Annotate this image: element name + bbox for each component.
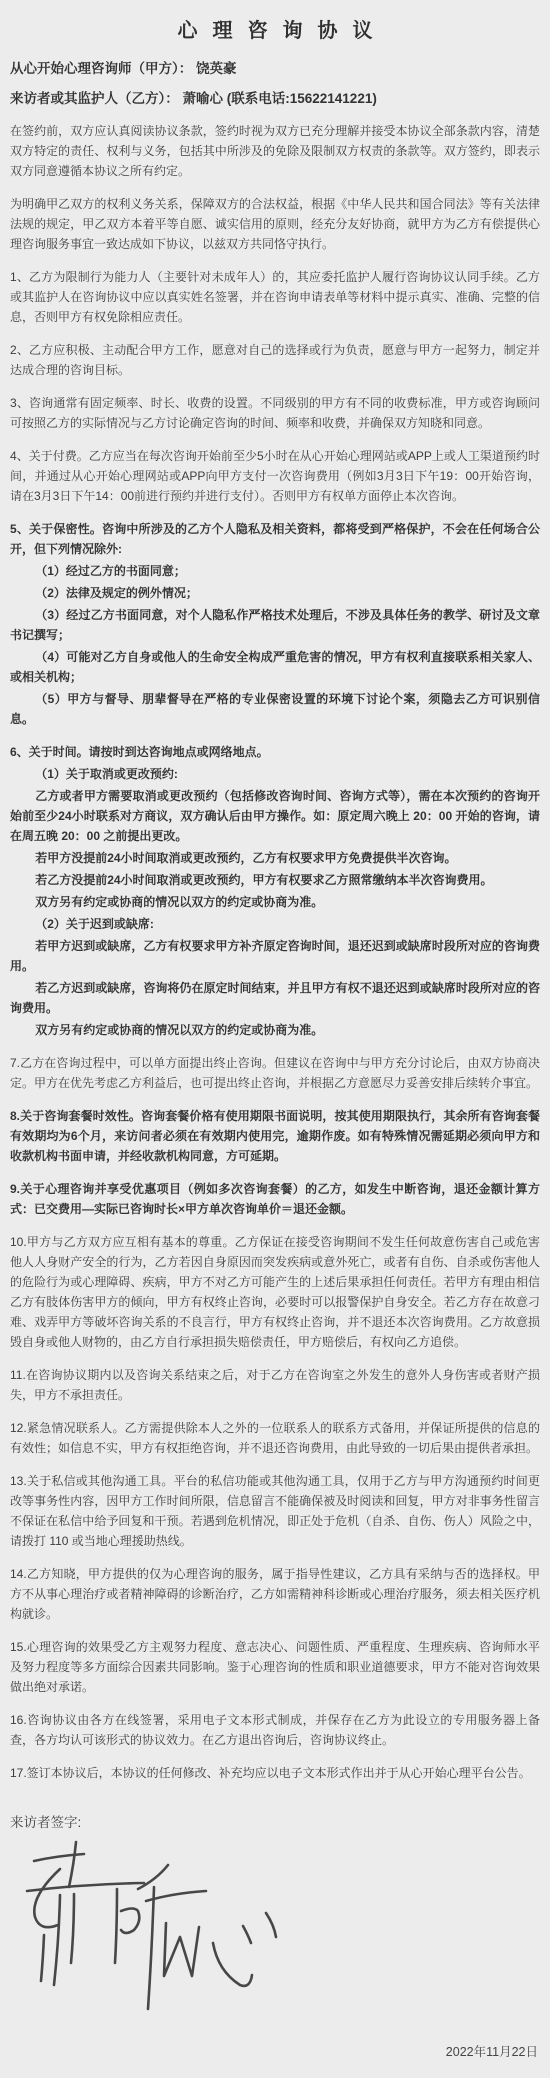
clause-paragraph: 13.关于私信或其他沟通工具。平台的私信功能或其他沟通工具，仅用于乙方与甲方沟通… — [10, 1471, 540, 1551]
clause-paragraph: 10.甲方与乙方双方应互相有基本的尊重。乙方保证在接受咨询期间不发生任何故意伤害… — [10, 1232, 540, 1352]
clause-paragraph: （3）经过乙方书面同意，对个人隐私作严格技术处理后，不涉及具体任务的教学、研讨及… — [10, 605, 540, 645]
signature-stroke — [164, 1923, 199, 1976]
signature-stroke — [69, 1842, 76, 1887]
signature-stroke — [71, 1894, 74, 1963]
party-a-line: 从心开始心理咨询师（甲方）： 饶英豪 — [10, 59, 540, 78]
clause-paragraph: 8.关于咨询套餐时效性。咨询套餐价格有使用期限书面说明，按其使用期限执行，其余所… — [10, 1106, 540, 1166]
clause-paragraph: 12.紧急情况联系人。乙方需提供除本人之外的一位联系人的联系方式备用，并保证所提… — [10, 1418, 540, 1458]
agreement-date: 2022年11月22日 — [10, 2043, 540, 2061]
clause-paragraph: 3、咨询通常有固定频率、时长、收费的设置。不同级别的甲方有不同的收费标准，甲方或… — [10, 393, 540, 433]
clause-paragraph: 9.关于心理咨询并享受优惠项目（例如多次咨询套餐）的乙方，如发生中断咨询，退还金… — [10, 1179, 540, 1219]
clause-paragraph: 4、关于付费。乙方应当在每次咨询开始前至少5小时在从心开始心理网站或APP上或人… — [10, 446, 540, 506]
agreement-document: 心理咨询协议 从心开始心理咨询师（甲方）： 饶英豪 来访者或其监护人（乙方）： … — [0, 0, 550, 2061]
clause-paragraph: 双方另有约定或协商的情况以双方的约定或协商为准。 — [10, 892, 540, 912]
clause-paragraph: 若乙方迟到或缺席，咨询将仍在原定时间结束，并且甲方有权不退还迟到或缺席时段所对应… — [10, 978, 540, 1018]
signature-stroke — [41, 1935, 44, 1981]
signature-stroke — [266, 1913, 276, 1937]
clause-paragraph: 5、关于保密性。咨询中所涉及的乙方个人隐私及相关资料，都将受到严格保护，不会在任… — [10, 519, 540, 559]
clause-paragraph: 6、关于时间。请按时到达咨询地点或网络地点。 — [10, 742, 540, 762]
clause-paragraph: 为明确甲乙双方的权利义务关系，保障双方的合法权益，根据《中华人民共和国合同法》等… — [10, 194, 540, 254]
signature-stroke — [213, 1943, 252, 1986]
signature-label: 来访者签字: — [10, 1813, 540, 1833]
signature-stroke — [121, 1909, 139, 1934]
clause-paragraph: 双方另有约定或协商的情况以双方的约定或协商为准。 — [10, 1020, 540, 1040]
clause-paragraph: （4）可能对乙方自身或他人的生命安全构成严重危害的情况，甲方有权利直接联系相关家… — [10, 647, 540, 687]
signature-handwriting — [24, 1839, 294, 2037]
signature-stroke — [243, 1926, 251, 1943]
signature-stroke — [34, 1869, 60, 1927]
clause-paragraph: 在签约前，双方应认真阅读协议条款，签约时视为双方已充分理解并接受本协议全部条款内… — [10, 121, 540, 181]
clause-paragraph: 16.咨询协议由各方在线签署，采用电子文本形式制成，并保存在乙方为此设立的专用服… — [10, 1710, 540, 1750]
agreement-clauses: 在签约前，双方应认真阅读协议条款，签约时视为双方已充分理解并接受本协议全部条款内… — [10, 121, 540, 1783]
party-b-line: 来访者或其监护人（乙方）： 萧喻心 (联系电话:15622141221) — [10, 89, 540, 108]
clause-paragraph: 1、乙方为限制行为能力人（主要针对未成年人）的，其应委托监护人履行咨询协议认同手… — [10, 267, 540, 327]
clause-paragraph: 11.在咨询协议期内以及咨询关系结束之后，对于乙方在咨询室之外发生的意外人身伤害… — [10, 1365, 540, 1405]
clause-paragraph: （2）法律及规定的例外情况； — [10, 583, 540, 603]
clause-paragraph: 17.签订本协议后，本协议的任何修改、补充均应以电子文本形式作出并于从心开始心理… — [10, 1763, 540, 1783]
clause-paragraph: 14.乙方知晓，甲方提供的仅为心理咨询的服务，属于指导性建议，乙方具有采纳与否的… — [10, 1564, 540, 1624]
clause-paragraph: 7.乙方在咨询过程中，可以单方面提出终止咨询。但建议在咨询中与甲方充分讨论后，由… — [10, 1053, 540, 1093]
signature-stroke — [115, 1889, 117, 1963]
clause-paragraph: （2）关于迟到或缺席: — [10, 914, 540, 934]
clause-paragraph: （1）关于取消或更改预约: — [10, 764, 540, 784]
signature-stroke — [34, 1854, 84, 1861]
clause-paragraph: 若甲方迟到或缺席，乙方有权要求甲方补齐原定咨询时间，退还迟到或缺席时段所对应的咨… — [10, 936, 540, 976]
page-title: 心理咨询协议 — [10, 14, 540, 43]
signature-stroke — [54, 1895, 60, 1985]
clause-paragraph: （5）甲方与督导、朋辈督导在严格的专业保密设置的环境下讨论个案，须隐去乙方可识别… — [10, 689, 540, 729]
clause-paragraph: 15.心理咨询的效果受乙方主观努力程度、意志决心、问题性质、严重程度、生理疾病、… — [10, 1637, 540, 1697]
clause-paragraph: 乙方或者甲方需要取消或更改预约（包括修改咨询时间、咨询方式等），需在本次预约的咨… — [10, 786, 540, 846]
clause-paragraph: 2、乙方应积极、主动配合甲方工作，愿意对自己的选择或行为负责，愿意与甲方一起努力… — [10, 340, 540, 380]
signature-stroke — [148, 1887, 154, 2009]
clause-paragraph: 若乙方没提前24小时间取消或更改预约，甲方有权要求乙方照常缴纳本半次咨询费用。 — [10, 870, 540, 890]
signature-stroke — [138, 1865, 168, 1889]
signature-handwriting-svg — [24, 1839, 290, 2035]
clause-paragraph: 若甲方没提前24小时间取消或更改预约，乙方有权要求甲方免费提供半次咨询。 — [10, 848, 540, 868]
clause-paragraph: （1）经过乙方的书面同意； — [10, 561, 540, 581]
